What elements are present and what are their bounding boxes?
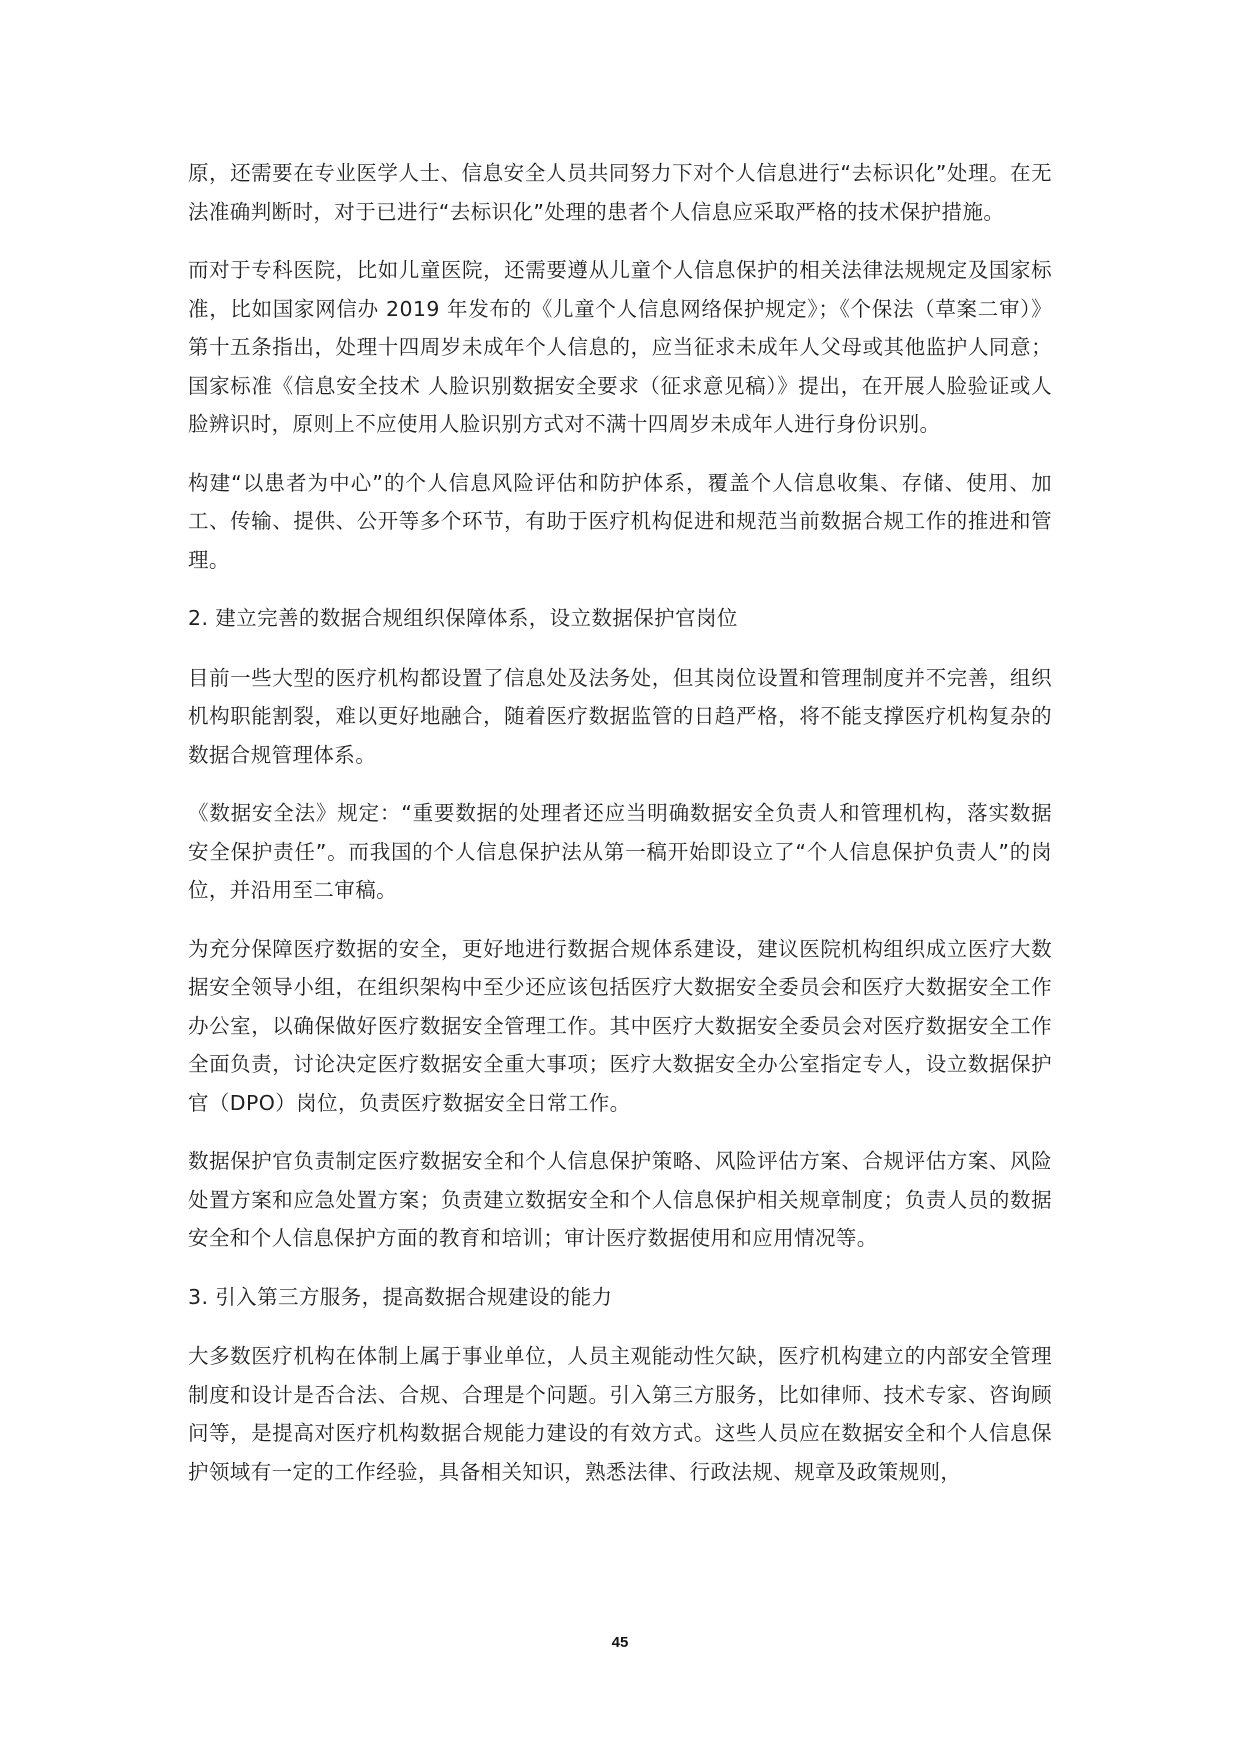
paragraph-org-structure: 目前一些大型的医疗机构都设置了信息处及法务处，但其岗位设置和管理制度并不完善，组… [188,659,1052,775]
section-heading-2: 2. 建立完善的数据合规组织保障体系，设立数据保护官岗位 [188,599,1052,638]
paragraph-deidentification: 原，还需要在专业医学人士、信息安全人员共同努力下对个人信息进行“去标识化”处理。… [188,154,1052,231]
paragraph-specialty-hospitals: 而对于专科医院，比如儿童医院，还需要遵从儿童个人信息保护的相关法律法规规定及国家… [188,251,1052,444]
paragraph-third-party-services: 大多数医疗机构在体制上属于事业单位，人员主观能动性欠缺，医疗机构建立的内部安全管… [188,1337,1052,1491]
paragraph-data-security-law: 《数据安全法》规定：“重要数据的处理者还应当明确数据安全负责人和管理机构，落实数… [188,794,1052,910]
paragraph-security-committee: 为充分保障医疗数据的安全，更好地进行数据合规体系建设，建议医院机构组织成立医疗大… [188,930,1052,1123]
page-number: 45 [0,1634,1240,1651]
paragraph-patient-centered-system: 构建“以患者为中心”的个人信息风险评估和防护体系，覆盖个人信息收集、存储、使用、… [188,464,1052,580]
document-body: 原，还需要在专业医学人士、信息安全人员共同努力下对个人信息进行“去标识化”处理。… [188,154,1052,1511]
paragraph-dpo-duties: 数据保护官负责制定医疗数据安全和个人信息保护策略、风险评估方案、合规评估方案、风… [188,1142,1052,1258]
section-heading-3: 3. 引入第三方服务，提高数据合规建设的能力 [188,1278,1052,1317]
